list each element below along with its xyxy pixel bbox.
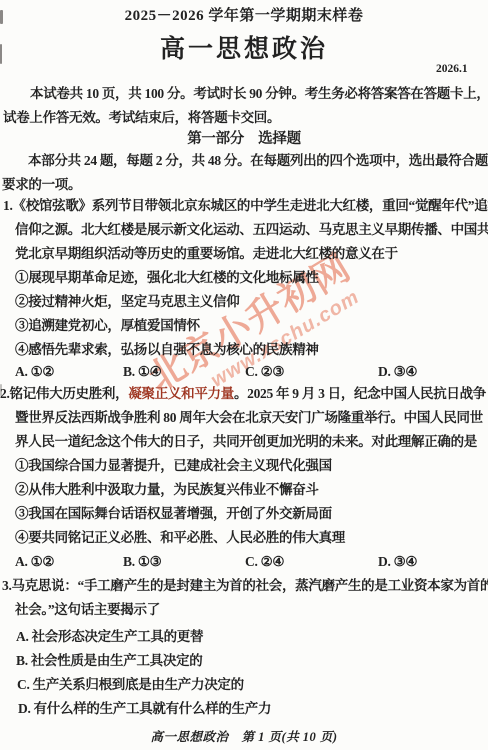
section-title: 第一部分 选择题 <box>0 129 488 149</box>
exam-paper-page: 北京小升初网 www.xschu.com 2025－2026 学年第一学期期末样… <box>0 0 488 750</box>
q1-option-d: D. ③④ <box>378 362 417 382</box>
q2-choice-4: ④要共同铭记正义必胜、和平必胜、人民必胜的伟大真理 <box>15 528 345 548</box>
q1-choice-4: ④感悟先辈求索，弘扬以自强不息为核心的民族精神 <box>15 340 319 360</box>
page-footer: 高一思想政治 第 1 页(共 10 页) <box>0 727 488 747</box>
instructions-line-2: 试卷上作答无效。考试结束后，将答题卡交回。 <box>3 108 280 128</box>
q2-option-b: B. ①③ <box>123 552 245 572</box>
q2-stem-pre: 2.铭记伟大历史胜利， <box>0 386 128 401</box>
q1-stem-line: 党北京早期组织活动等历史的重要场馆。走进北大红楼的意义在于 <box>15 244 398 264</box>
q1-options-row: A. ①②B. ①④C. ②③D. ③④ <box>15 362 417 382</box>
q1-option-b: B. ①④ <box>123 362 245 382</box>
q1-choice-2: ②接过精神火炬，坚定马克思主义信仰 <box>15 292 239 312</box>
q2-highlighted-phrase: 凝聚正义和平力量 <box>128 386 234 401</box>
q1-choice-1: ①展现早期革命足迹，强化北大红楼的文化地标属性 <box>15 268 319 288</box>
q1-stem-line: 1.《校馆弦歌》系列节目带领北京东城区的中学生走进北大红楼，重回“觉醒年代”追溯 <box>3 196 488 216</box>
q2-choice-1: ①我国综合国力显著提升，已建成社会主义现代化强国 <box>15 456 332 476</box>
q1-choice-3: ③追溯建党初心，厚植爱国情怀 <box>15 316 200 336</box>
q2-option-c: C. ②④ <box>245 552 378 572</box>
q2-stem-line: 界人民一道纪念这个伟大的日子，共同开创更加光明的未来。对此理解正确的是 <box>15 432 477 452</box>
q3-stem-line: 社会。”这句话主要揭示了 <box>15 600 160 620</box>
q2-options-row: A. ①②B. ①③C. ②④D. ③④ <box>15 552 417 572</box>
q2-stem-post: 。2025 年 9 月 3 日，纪念中国人民抗日战争 <box>234 386 486 401</box>
q3-option-c: C. 生产关系归根到底是由生产力决定的 <box>17 675 244 695</box>
section-intro-line-2: 要求的一项。 <box>2 175 81 195</box>
q2-stem-line: 暨世界反法西斯战争胜利 80 周年大会在北京天安门广场隆重举行。中国人民同世 <box>15 408 483 428</box>
q3-stem-line: 3.马克思说：“手工磨产生的是封建主为首的社会，蒸汽磨产生的是工业资本家为首的 <box>2 576 488 596</box>
paper-header-title: 2025－2026 学年第一学期期末样卷 <box>0 6 488 26</box>
q2-option-a: A. ①② <box>15 552 123 572</box>
q2-stem-line: 2.铭记伟大历史胜利，凝聚正义和平力量。2025 年 9 月 3 日，纪念中国人… <box>0 384 486 404</box>
exam-date: 2026.1 <box>436 59 468 79</box>
q2-choice-2: ②从伟大胜利中汲取力量，为民族复兴伟业不懈奋斗 <box>15 480 319 500</box>
q3-option-b: B. 社会性质是由生产工具决定的 <box>16 651 202 671</box>
q2-choice-3: ③我国在国际舞台话语权显著增强，开创了外交新局面 <box>15 504 332 524</box>
instructions-line-1: 本试卷共 10 页，共 100 分。考试时长 90 分钟。考生务必将答案答在答题… <box>30 84 488 104</box>
q1-option-a: A. ①② <box>15 362 123 382</box>
q2-option-d: D. ③④ <box>378 552 417 572</box>
q3-option-d: D. 有什么样的生产工具就有什么样的生产力 <box>18 699 271 719</box>
q3-option-a: A. 社会形态决定生产工具的更替 <box>16 627 203 647</box>
q1-stem-line: 信仰之源。北大红楼是展示新文化运动、五四运动、马克思主义早期传播、中国共产 <box>15 220 488 240</box>
subject-title: 高一思想政治 <box>0 40 488 60</box>
q1-option-c: C. ②③ <box>245 362 378 382</box>
section-intro-line-1: 本部分共 24 题，每题 2 分，共 48 分。在每题列出的四个选项中，选出最符… <box>28 151 488 171</box>
